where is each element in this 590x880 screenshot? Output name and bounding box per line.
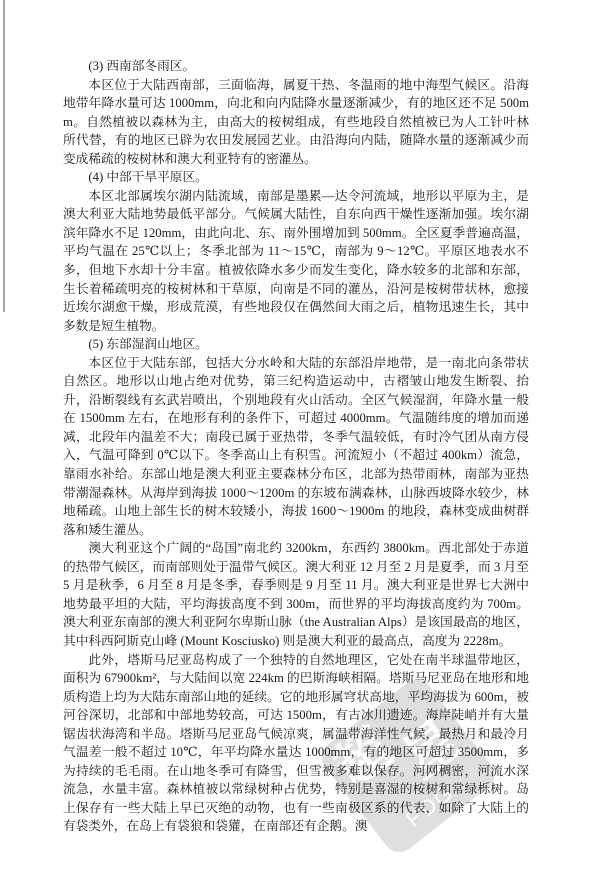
body-paragraph-eastern-humid-mountains: 本区位于大陆东部，包括大分水岭和大陆的东部沿岸地带，是一南北向条带状自然区。地形… — [63, 354, 529, 539]
body-paragraph-southwest-winter-rain: 本区位于大陆西南部，三面临海，属夏干热、冬温雨的地中海型气候区。沿海地带年降水量… — [63, 76, 529, 169]
body-paragraph-australia-overview: 澳大利亚这个广阔的“岛国”南北约 3200km，东西约 3800km。西北部处于… — [63, 539, 529, 650]
text-block: (3) 西南部冬雨区。 本区位于大陆西南部，三面临海，属夏干热、冬温雨的地中海型… — [63, 57, 529, 836]
section-heading-4: (4) 中部干旱平原区。 — [63, 168, 529, 187]
scan-edge-line — [3, 0, 5, 312]
section-heading-3: (3) 西南部冬雨区。 — [63, 57, 529, 76]
scanned-book-page: 超 星 PDG (3) 西南部冬雨区。 本区位于大陆西南部，三面临海，属夏干热、… — [0, 0, 590, 880]
section-heading-5: (5) 东部湿润山地区。 — [63, 335, 529, 354]
body-paragraph-tasmania: 此外，塔斯马尼亚岛构成了一个独特的自然地理区，它处在南半球温带地区，面积为 67… — [63, 651, 529, 836]
body-paragraph-central-arid-plain: 本区北部属埃尔湖内陆流域，南部是墨累—达令河流域，地形以平原为主，是澳大利亚大陆… — [63, 187, 529, 335]
